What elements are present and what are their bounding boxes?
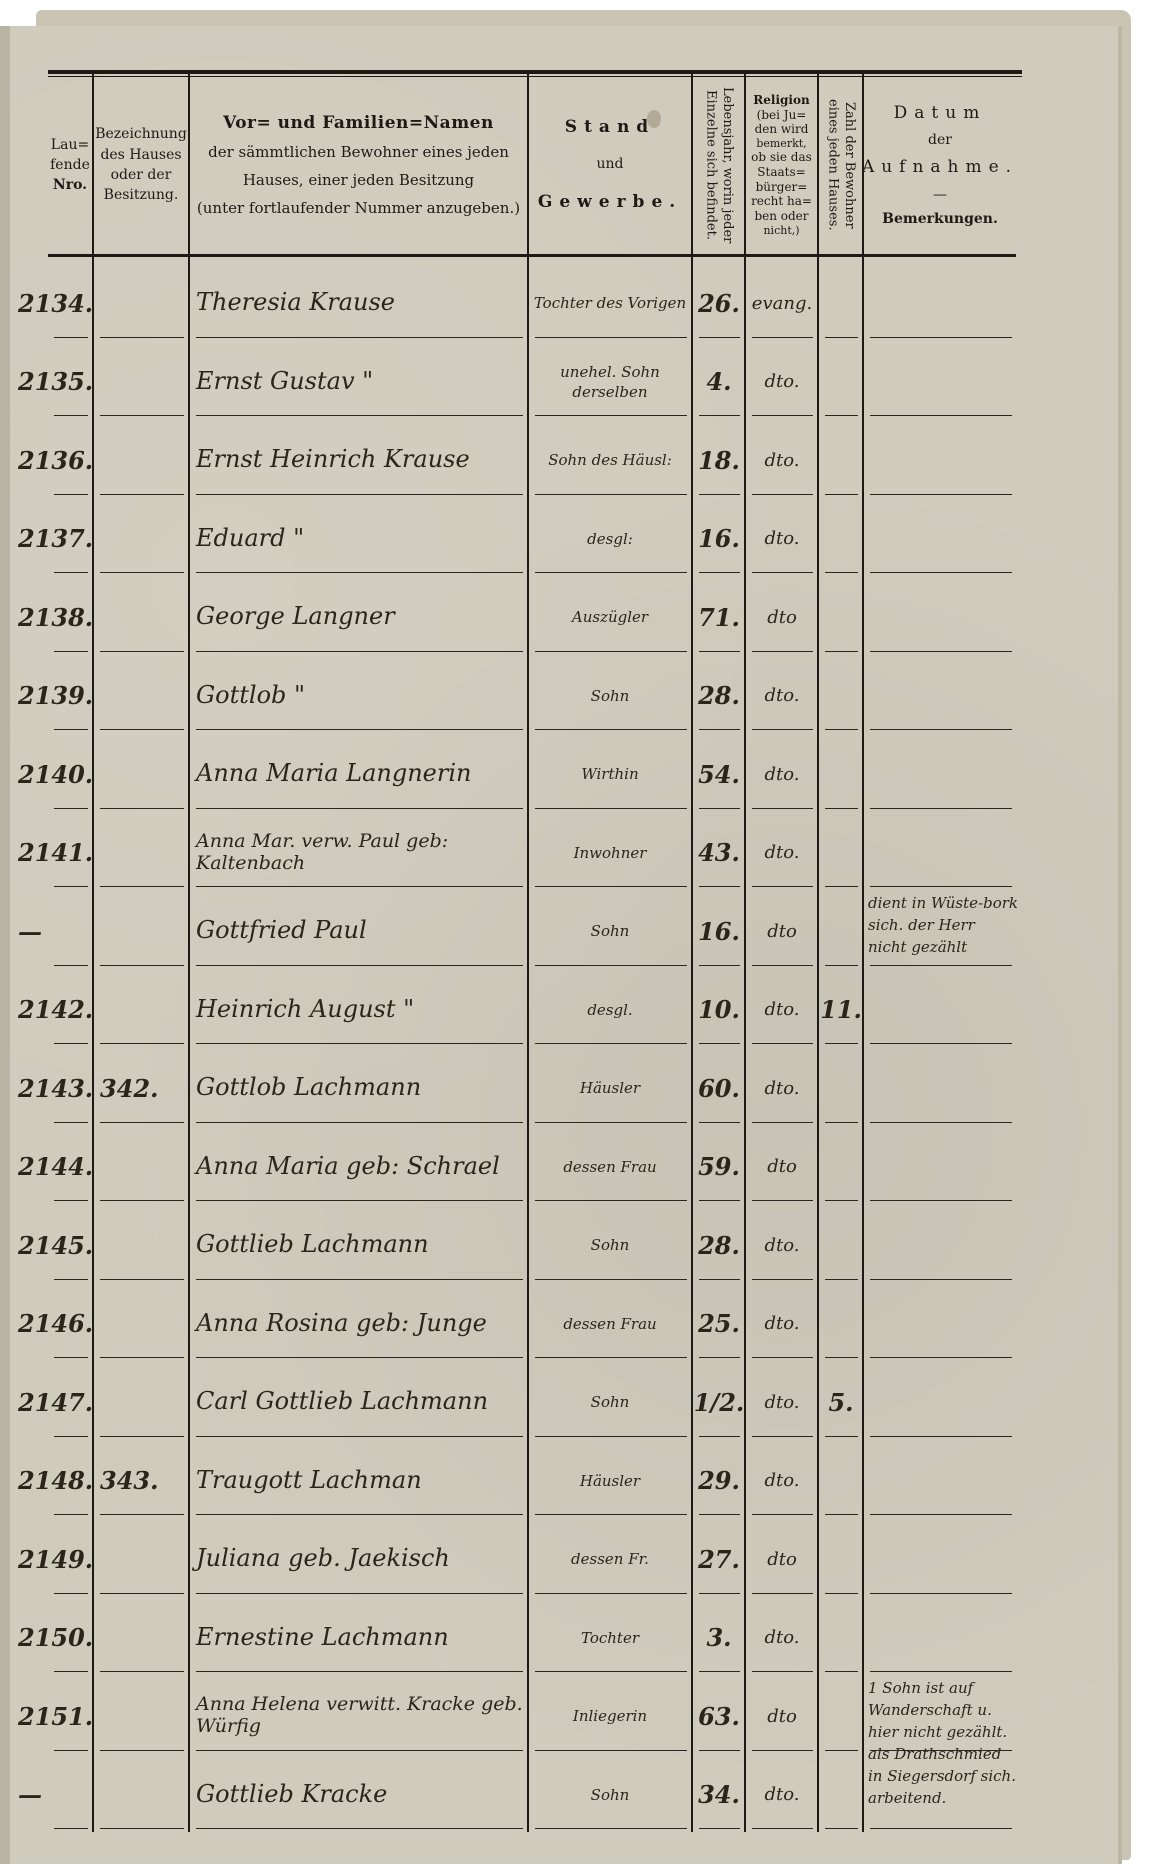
household-count <box>820 900 862 963</box>
religion: dto. <box>748 1450 816 1513</box>
row-divider <box>699 415 740 416</box>
religion: dto. <box>748 1057 816 1120</box>
row-divider <box>196 1593 523 1594</box>
row-number: 2151. <box>18 1685 92 1748</box>
row-divider <box>870 337 1012 338</box>
col-divider <box>862 74 864 1832</box>
age: 34. <box>694 1764 744 1827</box>
occupation: Sohn <box>530 1371 690 1434</box>
row-divider <box>825 886 858 887</box>
house-number <box>100 1607 186 1670</box>
house-number <box>100 665 186 728</box>
resident-name: Anna Rosina geb: Junge <box>196 1293 526 1356</box>
household-count <box>820 743 862 806</box>
resident-name: Gottfried Paul <box>196 900 526 963</box>
resident-name: Juliana geb. Jaekisch <box>196 1528 526 1591</box>
religion: dto <box>748 900 816 963</box>
header-top-rule <box>48 70 1022 74</box>
household-count <box>820 508 862 571</box>
row-divider <box>870 1828 1012 1829</box>
row-divider <box>100 651 184 652</box>
row-divider <box>54 494 88 495</box>
row-divider <box>535 1514 687 1515</box>
household-count <box>820 1528 862 1591</box>
row-number: 2136. <box>18 429 92 492</box>
row-divider <box>196 1200 523 1201</box>
col-divider <box>691 74 693 1832</box>
row-divider <box>54 1750 88 1751</box>
header-text: Religion <box>751 93 812 108</box>
row-divider <box>699 1671 740 1672</box>
row-number: 2150. <box>18 1607 92 1670</box>
row-divider <box>752 886 813 887</box>
row-divider <box>825 1200 858 1201</box>
header-text: Stand <box>538 107 682 148</box>
household-count <box>820 1136 862 1199</box>
household-count <box>820 272 862 335</box>
row-divider <box>54 1200 88 1201</box>
header-text: ob sie das <box>751 150 812 165</box>
row-divider <box>196 1357 523 1358</box>
resident-name: Ernestine Lachmann <box>196 1607 526 1670</box>
religion: dto. <box>748 979 816 1042</box>
row-divider <box>825 572 858 573</box>
row-divider <box>870 1200 1012 1201</box>
row-divider <box>100 494 184 495</box>
row-divider <box>752 808 813 809</box>
header-text: der sämmtlichen Bewohner eines jeden <box>197 139 520 167</box>
row-divider <box>535 1593 687 1594</box>
house-number <box>100 1214 186 1277</box>
row-divider <box>535 886 687 887</box>
row-divider <box>54 1122 88 1123</box>
header-text: Bezeichnung <box>95 124 187 144</box>
header-remarks: Datum der Aufnahme. — Bemerkungen. <box>864 78 1016 252</box>
occupation: Häusler <box>530 1057 690 1120</box>
religion: dto. <box>748 1607 816 1670</box>
row-divider <box>699 1043 740 1044</box>
row-divider <box>752 1357 813 1358</box>
header-house: Bezeichnung des Hauses oder der Besitzun… <box>94 78 188 252</box>
row-divider <box>54 965 88 966</box>
row-divider <box>870 1514 1012 1515</box>
occupation: dessen Fr. <box>530 1528 690 1591</box>
religion: dto <box>748 586 816 649</box>
row-divider <box>752 337 813 338</box>
occupation: Tochter des Vorigen <box>530 272 690 335</box>
resident-name: Ernst Heinrich Krause <box>196 429 526 492</box>
row-divider <box>825 1043 858 1044</box>
row-divider <box>870 1436 1012 1437</box>
house-number <box>100 979 186 1042</box>
header-stand: Stand und Gewerbe. <box>529 78 691 252</box>
row-number: 2143. <box>18 1057 92 1120</box>
row-divider <box>535 1357 687 1358</box>
occupation: desgl. <box>530 979 690 1042</box>
remark-note: 1 Sohn ist auf Wanderschaft u. hier nich… <box>868 1677 1018 1809</box>
row-divider <box>196 965 523 966</box>
row-number: 2144. <box>18 1136 92 1199</box>
row-divider <box>54 337 88 338</box>
header-text: bemerkt, <box>751 137 812 150</box>
row-divider <box>535 1200 687 1201</box>
row-divider <box>100 1043 184 1044</box>
age: 60. <box>694 1057 744 1120</box>
religion: dto. <box>748 508 816 571</box>
row-divider <box>196 886 523 887</box>
occupation: unehel. Sohn derselben <box>530 351 690 414</box>
row-divider <box>196 729 523 730</box>
row-number: 2138. <box>18 586 92 649</box>
row-divider <box>535 1279 687 1280</box>
row-divider <box>825 965 858 966</box>
row-divider <box>100 1750 184 1751</box>
row-divider <box>870 965 1012 966</box>
header-bottom-rule <box>48 254 1016 257</box>
row-divider <box>870 1593 1012 1594</box>
house-number: 343. <box>100 1450 186 1513</box>
header-text: bürger= <box>751 180 812 195</box>
row-divider <box>752 415 813 416</box>
house-number <box>100 1136 186 1199</box>
age: 28. <box>694 665 744 728</box>
col-divider <box>817 74 819 1832</box>
household-count <box>820 1685 862 1748</box>
remark-note: dient in Wüste-bork sich. der Herr nicht… <box>868 892 1018 958</box>
row-divider <box>752 1200 813 1201</box>
row-number: 2142. <box>18 979 92 1042</box>
row-divider <box>870 729 1012 730</box>
row-divider <box>54 651 88 652</box>
resident-name: George Langner <box>196 586 526 649</box>
row-divider <box>100 337 184 338</box>
row-divider <box>54 1436 88 1437</box>
age: 59. <box>694 1136 744 1199</box>
row-divider <box>196 651 523 652</box>
row-divider <box>100 1122 184 1123</box>
row-divider <box>699 1200 740 1201</box>
house-number <box>100 508 186 571</box>
occupation: Sohn <box>530 1214 690 1277</box>
resident-name: Theresia Krause <box>196 272 526 335</box>
row-divider <box>100 415 184 416</box>
occupation: Sohn <box>530 900 690 963</box>
religion: dto <box>748 1685 816 1748</box>
occupation: desgl: <box>530 508 690 571</box>
row-divider <box>196 1279 523 1280</box>
row-divider <box>196 415 523 416</box>
row-divider <box>196 1671 523 1672</box>
row-divider <box>100 1828 184 1829</box>
house-number <box>100 1764 186 1827</box>
religion: dto. <box>748 743 816 806</box>
col-divider <box>744 74 746 1832</box>
house-number <box>100 1528 186 1591</box>
occupation: Wirthin <box>530 743 690 806</box>
row-divider <box>752 1671 813 1672</box>
header-names: Vor= und Familien=Namen der sämmtlichen … <box>190 78 527 252</box>
resident-name: Carl Gottlieb Lachmann <box>196 1371 526 1434</box>
row-divider <box>870 651 1012 652</box>
row-divider <box>752 1750 813 1751</box>
row-divider <box>196 1750 523 1751</box>
row-divider <box>870 1279 1012 1280</box>
house-number <box>100 1293 186 1356</box>
religion: dto. <box>748 1371 816 1434</box>
row-divider <box>825 1436 858 1437</box>
row-divider <box>825 808 858 809</box>
resident-name: Ernst Gustav " <box>196 351 526 414</box>
religion: dto. <box>748 822 816 885</box>
age: 54. <box>694 743 744 806</box>
header-text: oder der <box>95 165 187 185</box>
row-divider <box>752 651 813 652</box>
house-number <box>100 1371 186 1434</box>
row-number: 2146. <box>18 1293 92 1356</box>
row-divider <box>870 1671 1012 1672</box>
house-number <box>100 586 186 649</box>
house-number <box>100 1685 186 1748</box>
house-number: 342. <box>100 1057 186 1120</box>
household-count: 11. <box>820 979 862 1042</box>
religion: dto <box>748 1136 816 1199</box>
row-number: 2140. <box>18 743 92 806</box>
resident-name: Gottlieb Lachmann <box>196 1214 526 1277</box>
row-divider <box>870 886 1012 887</box>
header-text: Aufnahme. <box>862 153 1018 183</box>
row-number: 2147. <box>18 1371 92 1434</box>
occupation: Inwohner <box>530 822 690 885</box>
row-divider <box>825 1279 858 1280</box>
row-divider <box>535 494 687 495</box>
religion: dto. <box>748 429 816 492</box>
age: 25. <box>694 1293 744 1356</box>
row-divider <box>54 1043 88 1044</box>
header-text: Nro. <box>50 175 90 195</box>
row-divider <box>54 1828 88 1829</box>
occupation: Sohn <box>530 1764 690 1827</box>
row-divider <box>870 494 1012 495</box>
occupation: Inliegerin <box>530 1685 690 1748</box>
row-divider <box>825 1514 858 1515</box>
header-text: (bei Ju= <box>751 108 812 123</box>
header-count: Zahl der Bewohner eines jeden Hauses. <box>819 78 862 252</box>
header-top-rule-thin <box>48 76 1022 77</box>
age: 43. <box>694 822 744 885</box>
row-divider <box>535 1436 687 1437</box>
row-divider <box>699 1279 740 1280</box>
row-divider <box>535 337 687 338</box>
row-divider <box>870 1043 1012 1044</box>
age: 27. <box>694 1528 744 1591</box>
house-number <box>100 351 186 414</box>
row-divider <box>54 886 88 887</box>
row-divider <box>752 1122 813 1123</box>
resident-name: Anna Helena verwitt. Kracke geb. Würfig <box>196 1685 526 1748</box>
household-count <box>820 351 862 414</box>
row-divider <box>535 965 687 966</box>
religion: dto. <box>748 1764 816 1827</box>
header-text: und <box>538 148 682 182</box>
row-divider <box>54 415 88 416</box>
row-divider <box>699 572 740 573</box>
row-divider <box>535 1043 687 1044</box>
header-text: (unter fortlaufender Nummer anzugeben.) <box>197 195 520 223</box>
row-divider <box>825 1122 858 1123</box>
house-number <box>100 429 186 492</box>
row-number: 2139. <box>18 665 92 728</box>
household-count: 5. <box>820 1371 862 1434</box>
header-text: Datum <box>862 99 1018 129</box>
row-number: 2135. <box>18 351 92 414</box>
resident-name: Gottlob " <box>196 665 526 728</box>
household-count <box>820 665 862 728</box>
household-count <box>820 1057 862 1120</box>
resident-name: Anna Maria geb: Schrael <box>196 1136 526 1199</box>
row-divider <box>699 1593 740 1594</box>
row-number: 2148. <box>18 1450 92 1513</box>
row-divider <box>100 1671 184 1672</box>
row-divider <box>100 1357 184 1358</box>
row-divider <box>752 1043 813 1044</box>
header-text: nicht,) <box>751 224 812 237</box>
row-divider <box>699 729 740 730</box>
household-count <box>820 586 862 649</box>
header-text: Hauses, einer jeden Besitzung <box>197 167 520 195</box>
household-count <box>820 429 862 492</box>
resident-name: Heinrich August " <box>196 979 526 1042</box>
header-text: der <box>862 128 1018 153</box>
religion: dto <box>748 1528 816 1591</box>
age: 26. <box>694 272 744 335</box>
row-divider <box>825 729 858 730</box>
row-divider <box>100 1279 184 1280</box>
row-divider <box>54 1279 88 1280</box>
age: 16. <box>694 508 744 571</box>
row-divider <box>54 1593 88 1594</box>
header-text: — <box>862 183 1018 208</box>
row-divider <box>699 494 740 495</box>
row-divider <box>870 415 1012 416</box>
header-nr: Lau= fende Nro. <box>48 78 92 252</box>
col-divider <box>527 74 529 1832</box>
occupation: Häusler <box>530 1450 690 1513</box>
header-text: Gewerbe. <box>538 182 682 223</box>
row-divider <box>825 415 858 416</box>
header-text: Zahl der Bewohner eines jeden Hauses. <box>824 85 857 245</box>
row-divider <box>196 1043 523 1044</box>
header-text: ben oder <box>751 209 812 224</box>
row-number: 2137. <box>18 508 92 571</box>
age: 10. <box>694 979 744 1042</box>
row-divider <box>870 1122 1012 1123</box>
row-divider <box>535 1122 687 1123</box>
header-text: recht ha= <box>751 194 812 209</box>
row-divider <box>196 494 523 495</box>
resident-name: Traugott Lachman <box>196 1450 526 1513</box>
row-divider <box>870 808 1012 809</box>
header-text: Staats= <box>751 165 812 180</box>
age: 29. <box>694 1450 744 1513</box>
row-divider <box>752 572 813 573</box>
row-divider <box>100 1514 184 1515</box>
age: 3. <box>694 1607 744 1670</box>
row-divider <box>100 572 184 573</box>
resident-name: Anna Maria Langnerin <box>196 743 526 806</box>
row-number: 2145. <box>18 1214 92 1277</box>
religion: dto. <box>748 351 816 414</box>
row-divider <box>699 651 740 652</box>
row-number: 2149. <box>18 1528 92 1591</box>
age: 63. <box>694 1685 744 1748</box>
row-divider <box>196 1514 523 1515</box>
header-text: fende <box>50 155 90 175</box>
religion: dto. <box>748 665 816 728</box>
row-number: — <box>18 900 92 963</box>
row-divider <box>699 1514 740 1515</box>
occupation: Sohn des Häusl: <box>530 429 690 492</box>
row-divider <box>100 1200 184 1201</box>
row-divider <box>54 1671 88 1672</box>
occupation: Auszügler <box>530 586 690 649</box>
age: 16. <box>694 900 744 963</box>
row-divider <box>699 1436 740 1437</box>
row-divider <box>535 1750 687 1751</box>
age: 28. <box>694 1214 744 1277</box>
row-divider <box>699 337 740 338</box>
household-count <box>820 822 862 885</box>
age: 71. <box>694 586 744 649</box>
row-divider <box>825 1671 858 1672</box>
row-divider <box>752 494 813 495</box>
religion: evang. <box>748 272 816 335</box>
row-divider <box>699 808 740 809</box>
row-divider <box>196 808 523 809</box>
row-divider <box>699 1357 740 1358</box>
row-divider <box>752 729 813 730</box>
row-divider <box>100 1436 184 1437</box>
row-divider <box>196 1122 523 1123</box>
header-text: Bemerkungen. <box>862 207 1018 232</box>
religion: dto. <box>748 1214 816 1277</box>
row-number: 2134. <box>18 272 92 335</box>
occupation: dessen Frau <box>530 1136 690 1199</box>
row-divider <box>825 1828 858 1829</box>
row-divider <box>54 1514 88 1515</box>
house-number <box>100 900 186 963</box>
row-divider <box>699 965 740 966</box>
header-text: Lebensjahr, worin jeder Einzelne sich be… <box>702 85 735 245</box>
col-divider <box>188 74 190 1832</box>
row-divider <box>752 1593 813 1594</box>
household-count <box>820 1293 862 1356</box>
row-divider <box>535 1671 687 1672</box>
row-divider <box>54 1357 88 1358</box>
resident-name: Eduard " <box>196 508 526 571</box>
row-divider <box>752 1514 813 1515</box>
household-count <box>820 1607 862 1670</box>
row-divider <box>825 1750 858 1751</box>
row-divider <box>825 337 858 338</box>
row-divider <box>870 1357 1012 1358</box>
household-count <box>820 1764 862 1827</box>
row-divider <box>54 572 88 573</box>
resident-name: Anna Mar. verw. Paul geb: Kaltenbach <box>196 822 526 885</box>
binding-edge <box>0 26 10 1864</box>
occupation: dessen Frau <box>530 1293 690 1356</box>
row-number: 2141. <box>18 822 92 885</box>
row-divider <box>535 729 687 730</box>
